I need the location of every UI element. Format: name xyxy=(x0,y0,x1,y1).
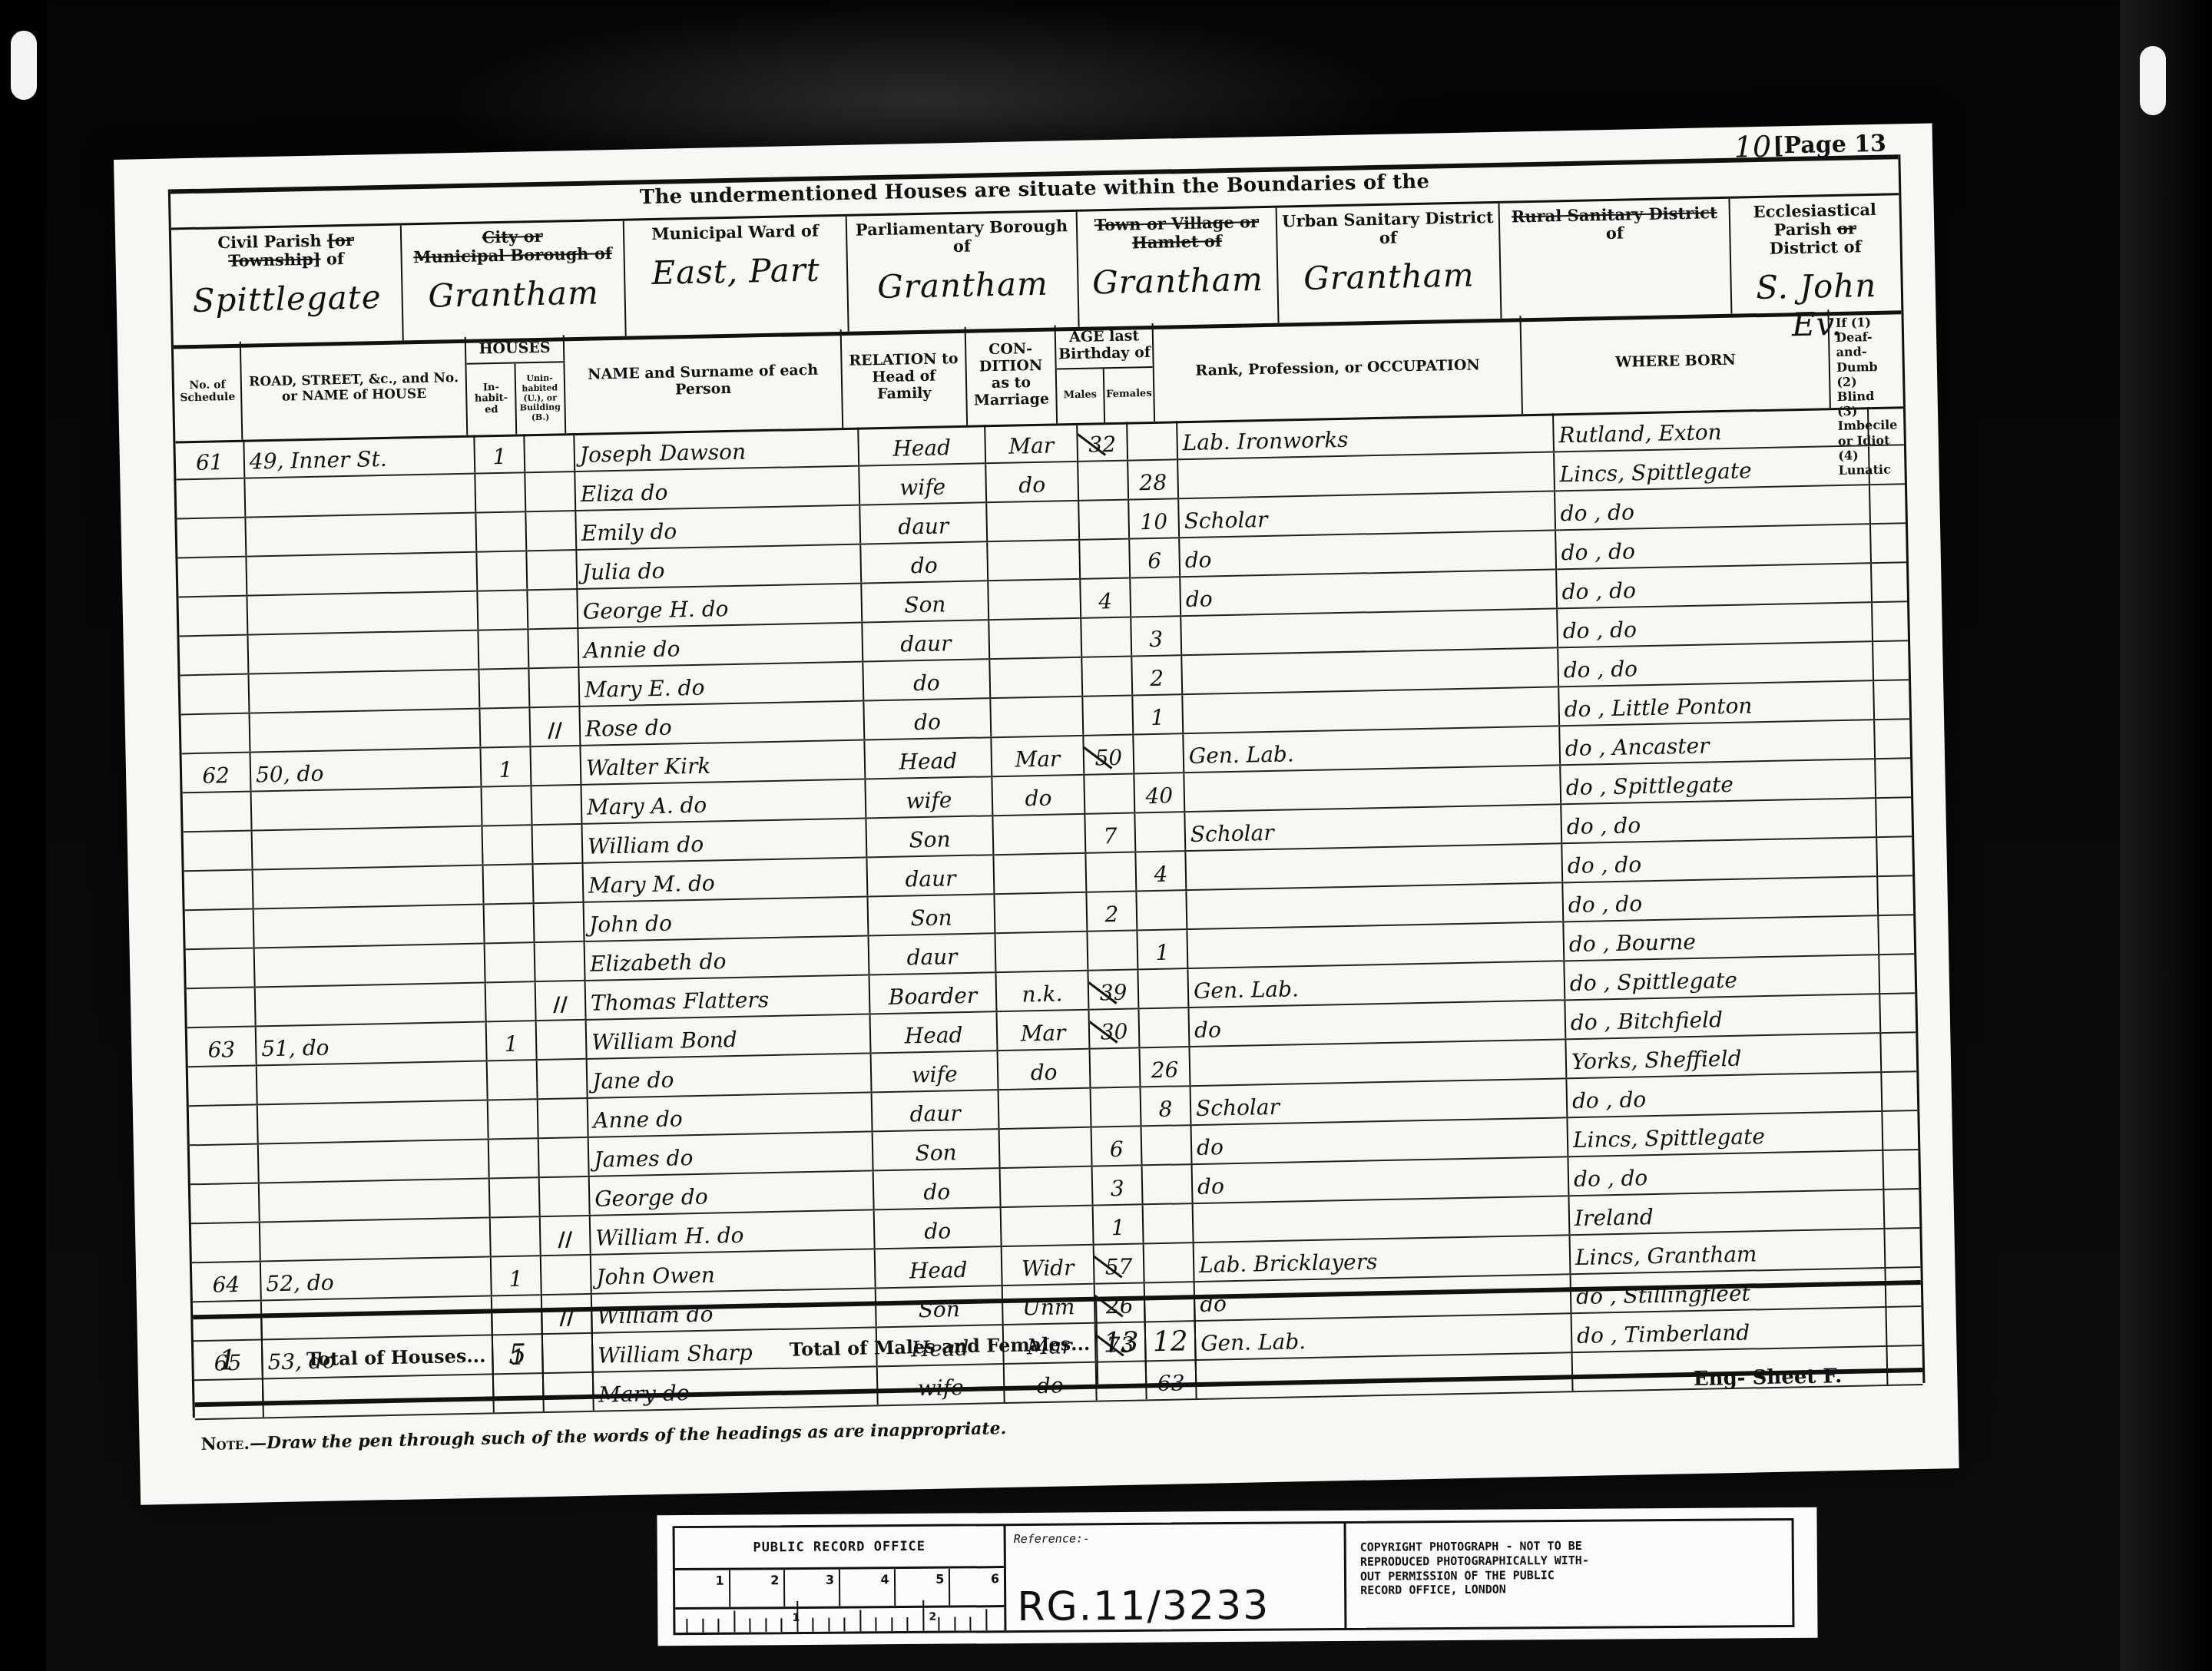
cell-where-born: Lincs, Spittlegate xyxy=(1555,446,1870,490)
cell-uninhabited xyxy=(537,1021,588,1059)
cell-male-age: 50 xyxy=(1084,735,1134,773)
scale-mark: 6 xyxy=(950,1568,1004,1605)
cell-female-age: 4 xyxy=(1136,852,1187,890)
cell-male-age xyxy=(1083,697,1134,735)
cell-male-age: 57 xyxy=(1094,1244,1145,1282)
cell-address xyxy=(248,631,479,673)
cell-female-age: 28 xyxy=(1128,460,1179,498)
admin-value: East, Part xyxy=(630,250,843,293)
cell-male-age: 2 xyxy=(1087,892,1137,930)
cell-occupation: do xyxy=(1189,1001,1566,1046)
cell-occupation xyxy=(1187,883,1564,928)
scale-tick xyxy=(733,1611,735,1633)
cell-uninhabited xyxy=(541,1256,592,1294)
col-uninhabited: Unin-habited (U.), or Building (B.) xyxy=(515,362,564,434)
cell-female-age: 1 xyxy=(1133,695,1184,733)
cell-infirmity xyxy=(1869,406,1904,445)
cell-condition xyxy=(999,1089,1092,1128)
cell-relation: daur xyxy=(873,1090,1000,1130)
admin-value: Grantham xyxy=(853,264,1073,306)
cell-infirmity xyxy=(1883,1150,1919,1189)
cell-occupation xyxy=(1178,452,1555,498)
reference-value: RG.11/3233 xyxy=(1017,1583,1270,1630)
cell-condition: Mar xyxy=(985,423,1078,462)
cell-inhabited: 1 xyxy=(492,1256,542,1295)
cell-occupation: do xyxy=(1180,531,1557,576)
cell-male-age: 3 xyxy=(1093,1166,1144,1204)
cell-infirmity xyxy=(1873,602,1908,640)
cell-infirmity xyxy=(1883,1111,1918,1150)
cell-inhabited xyxy=(484,865,535,903)
admin-urban-sanitary: Urban Sanitary District of Grantham xyxy=(1277,203,1502,323)
scale-tick xyxy=(969,1616,971,1630)
cell-inhabited xyxy=(483,826,534,864)
cell-uninhabited xyxy=(531,746,581,785)
cell-name: Annie do xyxy=(578,624,863,667)
cell-female-age: 6 xyxy=(1130,538,1181,577)
total-females: 12 xyxy=(1145,1299,1197,1383)
cell-condition: n.k. xyxy=(996,971,1089,1011)
cell-relation: wife xyxy=(872,1051,999,1091)
cell-name: William do xyxy=(583,819,868,862)
scale-tick xyxy=(875,1617,876,1631)
cell-condition: Widr xyxy=(1002,1246,1095,1285)
scale-tick xyxy=(749,1618,750,1632)
cell-address: 49, Inner St. xyxy=(244,435,475,478)
cell-inhabited xyxy=(490,1178,541,1216)
cell-condition xyxy=(995,893,1088,932)
copyright-line: RECORD OFFICE, LONDON xyxy=(1360,1580,1778,1598)
cell-schedule xyxy=(176,479,246,518)
admin-label: Ecclesiastical Parish or District of xyxy=(1735,200,1896,259)
cell-address xyxy=(246,514,477,556)
cell-inhabited: 1 xyxy=(487,1021,538,1060)
cell-schedule xyxy=(186,949,256,988)
census-page: 10 [Page 13 The undermentioned Houses ar… xyxy=(114,123,1959,1504)
cell-relation: Son xyxy=(862,581,989,621)
cell-where-born: do , do xyxy=(1561,799,1877,842)
cell-occupation: Scholar xyxy=(1191,1079,1568,1124)
cell-where-born: do , do xyxy=(1557,564,1873,607)
cell-relation: Son xyxy=(873,1130,1001,1170)
cell-relation: Son xyxy=(866,816,994,856)
scale-tick xyxy=(843,1618,845,1632)
cell-relation: do xyxy=(874,1169,1002,1209)
cell-male-age xyxy=(1088,931,1138,969)
cell-inhabited xyxy=(478,630,529,668)
cell-where-born: do , do xyxy=(1567,1073,1883,1117)
cell-schedule xyxy=(191,1223,261,1262)
col-inhabited: In-habit-ed xyxy=(467,363,517,435)
cell-infirmity xyxy=(1882,1072,1917,1110)
cell-condition: Mar xyxy=(992,736,1084,776)
cell-male-age: 30 xyxy=(1089,1009,1140,1047)
admin-label: Parliamentary Borough of xyxy=(852,217,1072,258)
scale-tick xyxy=(765,1618,767,1632)
pro-scale-box: PUBLIC RECORD OFFICE 1 2 3 4 5 6 1 2 xyxy=(675,1526,1007,1633)
cell-uninhabited xyxy=(525,472,576,511)
pro-title: PUBLIC RECORD OFFICE xyxy=(675,1526,1004,1570)
cell-female-age xyxy=(1131,577,1181,616)
scale-tick xyxy=(922,1600,924,1631)
cell-infirmity xyxy=(1869,445,1905,484)
cell-name: George H. do xyxy=(578,584,863,627)
cell-infirmity xyxy=(1879,955,1915,993)
footnote: Note.—Draw the pen through such of the w… xyxy=(200,1418,1006,1454)
cell-male-age xyxy=(1081,618,1132,657)
cell-address xyxy=(254,905,485,948)
cell-address xyxy=(247,592,478,634)
cell-occupation: Gen. Lab. xyxy=(1188,961,1565,1007)
cell-male-age xyxy=(1084,774,1135,812)
cell-name: James do xyxy=(589,1132,874,1175)
cell-female-age xyxy=(1144,1204,1194,1242)
scale-tick xyxy=(859,1610,861,1631)
admin-ecclesiastical-parish: Ecclesiastical Parish or District of S. … xyxy=(1730,195,1901,313)
cell-name: Anne do xyxy=(588,1093,873,1136)
cell-address xyxy=(252,788,483,830)
film-edge-right xyxy=(2120,0,2212,1671)
cell-where-born: Ireland xyxy=(1569,1190,1885,1234)
cell-infirmity xyxy=(1872,563,1907,601)
scale-mark: 3 xyxy=(785,1570,840,1606)
cell-inhabited xyxy=(486,982,537,1021)
cell-schedule xyxy=(190,1183,260,1223)
cell-occupation: Scholar xyxy=(1185,805,1562,850)
cell-male-age: 7 xyxy=(1085,813,1136,852)
cell-male-age xyxy=(1091,1087,1142,1126)
cell-male-age: 1 xyxy=(1094,1205,1144,1243)
scale-tick xyxy=(702,1619,704,1633)
cell-uninhabited xyxy=(528,590,578,628)
cell-occupation xyxy=(1182,648,1559,693)
cell-name: Eliza do xyxy=(575,467,860,510)
cell-inhabited xyxy=(478,591,528,629)
cell-female-age xyxy=(1134,734,1184,773)
cell-address: 52, do xyxy=(261,1257,492,1299)
cell-infirmity xyxy=(1871,524,1906,562)
cell-address xyxy=(256,983,487,1025)
cell-inhabited xyxy=(475,473,526,511)
cell-where-born: do , Spittlegate xyxy=(1561,759,1876,803)
cell-where-born: do , Spittlegate xyxy=(1565,955,1880,999)
cell-schedule xyxy=(184,871,254,910)
cell-inhabited xyxy=(482,786,533,825)
cell-schedule xyxy=(187,988,257,1027)
cell-uninhabited xyxy=(526,511,577,550)
admin-town-village: Town or Village or Hamlet of Grantham xyxy=(1078,208,1280,327)
cell-occupation xyxy=(1184,766,1561,811)
col-age: AGE last Birthday of Males Females xyxy=(1056,323,1156,424)
cell-infirmity xyxy=(1875,720,1910,758)
cell-schedule xyxy=(190,1144,260,1183)
cell-relation: daur xyxy=(869,934,996,974)
admin-municipal-borough: City or Municipal Borough of Grantham xyxy=(402,221,627,341)
cell-condition xyxy=(995,932,1088,971)
cell-inhabited xyxy=(491,1217,541,1256)
total-males: 13 xyxy=(1095,1300,1147,1384)
cell-schedule xyxy=(177,558,247,597)
cell-name: William Bond xyxy=(587,1014,872,1057)
admin-value xyxy=(1505,251,1725,256)
col-condition: CON-DITION as to Marriage xyxy=(965,325,1058,425)
scale-tick xyxy=(686,1619,687,1633)
cell-infirmity xyxy=(1881,1033,1916,1071)
cell-relation: do xyxy=(861,542,988,582)
census-entries: 6149, Inner St.1Joseph DawsonHeadMar32La… xyxy=(175,406,1922,1420)
admin-label: Civil Parish [or Township] of xyxy=(176,230,396,272)
scale-tick xyxy=(891,1617,892,1631)
cell-occupation: Lab. Ironworks xyxy=(1177,413,1555,458)
cell-inhabited xyxy=(485,943,536,981)
cell-inhabited: 1 xyxy=(475,434,525,472)
cell-condition: do xyxy=(992,776,1085,815)
scale-cm: 1 2 3 4 5 6 xyxy=(675,1568,1004,1610)
cell-address: 50, do xyxy=(251,749,482,791)
total-uninhabited-value xyxy=(542,1312,594,1395)
cell-where-born: do , do xyxy=(1562,838,1878,882)
admin-label: Municipal Ward of xyxy=(629,221,841,244)
cell-relation: daur xyxy=(860,503,988,543)
copyright-notice: COPYRIGHT PHOTOGRAPH - NOT TO BE REPRODU… xyxy=(1346,1520,1793,1628)
cell-occupation xyxy=(1190,1040,1567,1085)
scale-mark: 4 xyxy=(840,1569,896,1606)
cell-name: Mary E. do xyxy=(579,663,864,706)
cell-uninhabited xyxy=(535,903,585,941)
col-houses-title: HOUSES xyxy=(466,335,563,364)
cell-address: 51, do xyxy=(257,1022,488,1064)
cell-address xyxy=(253,866,485,908)
cell-schedule xyxy=(185,910,255,949)
cell-relation: daur xyxy=(867,855,995,895)
cell-occupation: Lab. Bricklayers xyxy=(1194,1236,1571,1281)
cell-where-born: Lincs, Grantham xyxy=(1571,1229,1886,1273)
reference-label: Reference:- xyxy=(1014,1531,1090,1546)
cell-inhabited xyxy=(480,708,531,746)
total-houses-value: 5 xyxy=(492,1312,544,1396)
cell-inhabited xyxy=(488,1061,538,1099)
cell-uninhabited xyxy=(531,786,582,824)
cell-schedule: 62 xyxy=(182,753,252,792)
scale-tick xyxy=(780,1618,782,1632)
cell-where-born: do , do xyxy=(1558,603,1873,647)
cell-uninhabited xyxy=(534,864,584,902)
cell-female-age xyxy=(1128,421,1178,459)
scale-inch: 1 2 xyxy=(675,1607,1004,1633)
cell-schedule xyxy=(184,832,253,871)
cell-relation: Boarder xyxy=(870,973,998,1013)
cell-occupation: do xyxy=(1192,1118,1569,1163)
col-occupation: Rank, Profession, or OCCUPATION xyxy=(1154,316,1524,422)
cell-female-age xyxy=(1139,1008,1190,1047)
cell-female-age: 1 xyxy=(1137,930,1188,968)
cell-male-age xyxy=(1091,1048,1141,1087)
cell-relation: Head xyxy=(865,738,992,778)
cell-occupation: do xyxy=(1181,570,1558,615)
cell-occupation: Scholar xyxy=(1179,491,1556,537)
admin-value: Grantham xyxy=(1283,256,1495,298)
cell-male-age: 6 xyxy=(1092,1127,1143,1165)
cell-female-age: 26 xyxy=(1140,1047,1190,1086)
cell-where-born: do , do xyxy=(1568,1151,1884,1195)
cell-infirmity xyxy=(1874,680,1909,719)
cell-relation: wife xyxy=(859,464,987,504)
cell-where-born: Lincs, Spittlegate xyxy=(1568,1112,1883,1156)
cell-inhabited xyxy=(479,669,530,707)
cell-male-age: 4 xyxy=(1081,579,1131,617)
cell-condition xyxy=(988,541,1081,580)
cell-female-age: 2 xyxy=(1132,656,1183,694)
scale-tick xyxy=(796,1601,798,1632)
scale-tick xyxy=(717,1619,719,1633)
cell-uninhabited xyxy=(540,1177,591,1216)
admin-parliamentary-borough: Parliamentary Borough of Grantham xyxy=(847,212,1080,332)
sheet-label: Eng- Sheet F. xyxy=(1694,1365,1843,1391)
col-females: Females xyxy=(1104,368,1154,423)
cell-female-age xyxy=(1135,812,1186,851)
cell-relation: wife xyxy=(866,777,993,817)
cell-inhabited: 1 xyxy=(481,747,531,786)
cell-infirmity xyxy=(1880,994,1916,1032)
cell-schedule xyxy=(181,714,251,753)
cell-occupation xyxy=(1183,687,1560,733)
cell-relation: daur xyxy=(863,620,990,660)
admin-municipal-ward: Municipal Ward of East, Part xyxy=(624,217,849,336)
cell-male-age: 39 xyxy=(1088,970,1139,1008)
cell-male-age xyxy=(1082,657,1133,696)
cell-uninhabited: // xyxy=(541,1216,591,1255)
cell-male-age xyxy=(1079,501,1130,539)
cell-schedule xyxy=(179,636,249,675)
cell-address xyxy=(253,827,484,869)
cell-name: Jane do xyxy=(588,1054,873,1097)
cell-infirmity xyxy=(1877,837,1912,875)
admin-label: Rural Sanitary District of xyxy=(1505,203,1725,245)
cell-infirmity xyxy=(1884,1190,1919,1228)
scale-mark: 2 xyxy=(929,1611,936,1623)
scale-tick xyxy=(906,1617,908,1631)
cell-name: Julia do xyxy=(577,545,862,588)
cell-where-born: do , do xyxy=(1563,877,1879,921)
cell-condition xyxy=(991,697,1084,736)
col-males: Males xyxy=(1057,369,1105,424)
cell-occupation xyxy=(1187,922,1565,968)
cell-name: Mary M. do xyxy=(584,858,869,901)
cell-relation: do xyxy=(863,660,991,700)
cell-name: Walter Kirk xyxy=(581,741,866,784)
cell-address xyxy=(260,1179,491,1221)
cell-female-age xyxy=(1144,1243,1195,1282)
cell-female-age: 3 xyxy=(1131,617,1182,655)
admin-value: Grantham xyxy=(407,273,620,316)
cell-infirmity xyxy=(1878,876,1913,915)
cell-relation: do xyxy=(864,699,992,739)
cell-where-born: Rutland, Exton xyxy=(1554,407,1869,451)
cell-condition: Mar xyxy=(998,1011,1091,1050)
cell-male-age: 32 xyxy=(1078,422,1128,461)
cell-name: Joseph Dawson xyxy=(575,428,859,471)
cell-infirmity xyxy=(1876,798,1912,836)
cell-where-born: do , Little Ponton xyxy=(1559,681,1875,725)
cell-condition xyxy=(989,619,1082,658)
cell-condition xyxy=(1002,1206,1094,1246)
total-schedule-mark: 1 xyxy=(193,1318,263,1402)
cell-schedule xyxy=(188,1066,258,1105)
scale-tick xyxy=(985,1609,987,1630)
cell-condition: do xyxy=(986,462,1079,501)
cell-condition xyxy=(987,501,1080,541)
cell-where-born: do , do xyxy=(1556,524,1872,568)
cell-infirmity xyxy=(1879,915,1914,954)
scale-mark: 1 xyxy=(675,1570,730,1607)
scale-tick xyxy=(954,1617,955,1631)
cell-name: John Owen xyxy=(591,1249,876,1292)
cell-relation: do xyxy=(875,1208,1002,1248)
cell-schedule xyxy=(177,518,247,558)
cell-schedule: 63 xyxy=(187,1027,257,1067)
cell-condition xyxy=(993,815,1086,854)
cell-condition xyxy=(994,854,1087,893)
cell-name: Mary A. do xyxy=(581,780,866,823)
col-address: ROAD, STREET, &c., and No. or NAME of HO… xyxy=(241,337,469,440)
col-infirmity: If (1) Deaf-and-Dumb (2) Blind (3) Imbec… xyxy=(1830,308,1903,408)
cell-occupation xyxy=(1186,844,1563,889)
cell-female-age xyxy=(1138,969,1189,1008)
census-form: The undermentioned Houses are situate wi… xyxy=(168,154,1926,1418)
cell-name: George do xyxy=(590,1171,875,1214)
cell-male-age xyxy=(1078,462,1129,500)
cell-schedule xyxy=(183,792,253,832)
cell-female-age xyxy=(1137,891,1187,929)
cell-uninhabited xyxy=(533,825,584,863)
cell-address xyxy=(257,1061,488,1104)
record-office-slip: PUBLIC RECORD OFFICE 1 2 3 4 5 6 1 2 Ref… xyxy=(657,1507,1817,1646)
admin-label: Urban Sanitary District of xyxy=(1282,208,1495,250)
cell-female-age: 10 xyxy=(1129,499,1180,538)
cell-condition xyxy=(988,580,1081,619)
cell-infirmity xyxy=(1873,641,1909,680)
cell-uninhabited xyxy=(525,433,575,472)
cell-name: William H. do xyxy=(591,1210,876,1253)
cell-uninhabited xyxy=(527,551,578,589)
cell-address xyxy=(249,670,480,713)
cell-uninhabited xyxy=(529,668,580,706)
cell-condition: do xyxy=(998,1050,1091,1089)
total-persons-label: Total of Males and Females... xyxy=(592,1302,1097,1395)
cell-schedule xyxy=(189,1105,259,1144)
cell-inhabited xyxy=(489,1139,540,1177)
cell-name: Rose do xyxy=(580,702,865,745)
cell-uninhabited: // xyxy=(530,707,581,746)
cell-where-born: do , do xyxy=(1558,642,1874,686)
cell-uninhabited xyxy=(538,1099,589,1137)
cell-condition xyxy=(1001,1167,1094,1206)
col-name: NAME and Surname of each Person xyxy=(564,329,843,433)
admin-value: Grantham xyxy=(1083,260,1273,302)
cell-inhabited xyxy=(477,551,528,590)
cell-uninhabited xyxy=(538,1060,588,1098)
cell-relation: Head xyxy=(859,425,986,465)
cell-relation: Head xyxy=(871,1012,998,1052)
cell-name: John do xyxy=(584,897,869,940)
admin-rural-sanitary: Rural Sanitary District of xyxy=(1500,199,1733,319)
cell-uninhabited xyxy=(539,1138,590,1176)
cell-address xyxy=(258,1100,489,1143)
total-houses-label: Total of Houses... xyxy=(262,1313,494,1401)
cell-schedule: 64 xyxy=(192,1262,262,1301)
scale-tick xyxy=(828,1618,829,1632)
scale-mark: 2 xyxy=(730,1570,786,1606)
